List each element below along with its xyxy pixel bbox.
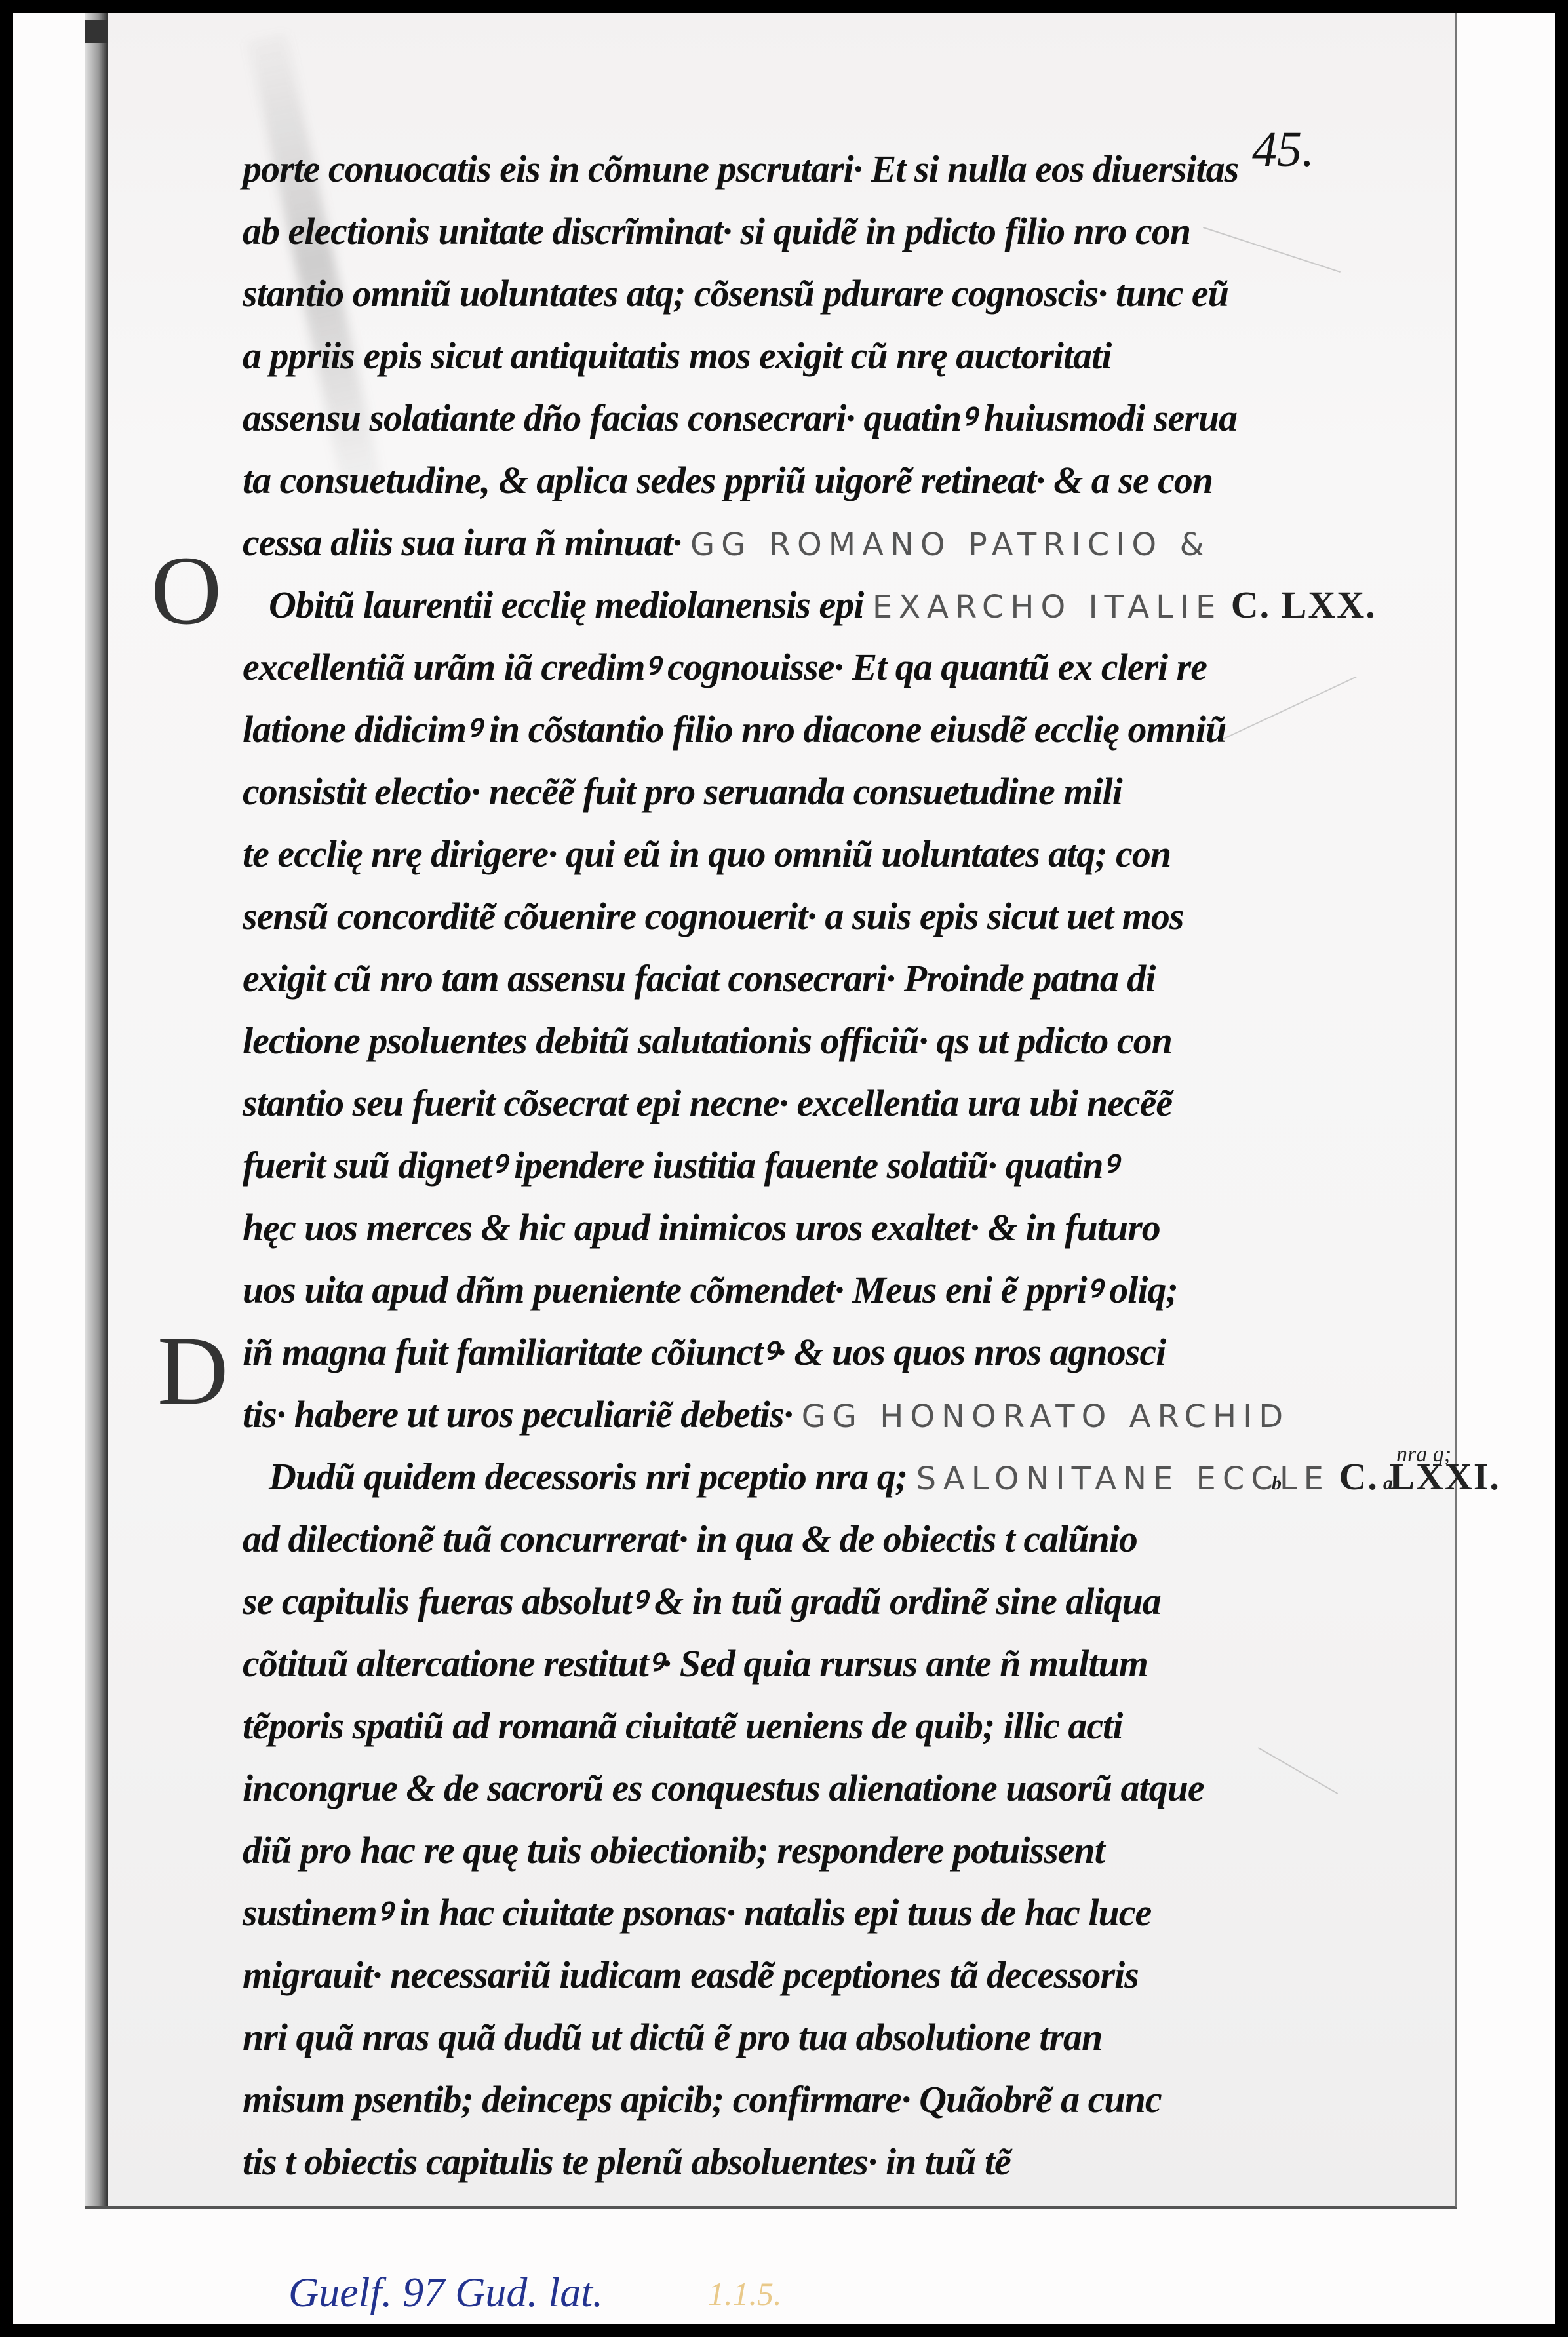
text-line: excellentiã urãm iã credimꝰ cognouisse· … <box>243 636 1396 698</box>
text-block: porte conuocatis eis in cõmune pscrutari… <box>243 138 1396 2193</box>
photograph: 45. O D porte conuocatis eis in cõmune p… <box>13 13 1555 2324</box>
text-line: cõtituũ altercatione restitutꝰ· Sed quia… <box>243 1632 1396 1695</box>
text-line: latione didicimꝰ in cõstantio filio nro … <box>243 698 1396 760</box>
text-line: exigit cũ nro tam assensu faciat consecr… <box>243 947 1396 1010</box>
text-line-with-rubric: Obitũ laurentii ecclię mediolanensis epi… <box>243 574 1396 636</box>
text-line: incongrue & de sacrorũ es conquestus ali… <box>243 1757 1396 1819</box>
chapter-number: C. LXX. <box>1231 583 1377 626</box>
text-line: misum psentib; deinceps apicib; confirma… <box>243 2068 1396 2131</box>
faint-stamp: 1.1.5. <box>708 2275 782 2313</box>
line-text: Obitũ laurentii ecclię mediolanensis epi <box>269 583 863 626</box>
initial-o: O <box>151 534 222 647</box>
text-line-with-rubric: tis· habere ut uros peculiariẽ debetis· … <box>243 1383 1396 1445</box>
line-text: cessa aliis sua iura ñ minuat· <box>243 521 681 564</box>
text-line: a ppriis epis sicut antiquitatis mos exi… <box>243 324 1396 387</box>
text-line: stantio omniũ uoluntates atq; cõsensũ pd… <box>243 262 1396 324</box>
margin-gloss: nra q; <box>1396 1442 1451 1467</box>
text-line-with-rubric: cessa aliis sua iura ñ minuat· GG ROMANO… <box>243 511 1396 574</box>
text-line-with-rubric: Dudũ quidem decessoris nri pceptio nra q… <box>243 1445 1396 1508</box>
text-line: hęc uos merces & hic apud inimicos uros … <box>243 1196 1396 1259</box>
text-line: sustinemꝰ in hac ciuitate psonas· natali… <box>243 1881 1396 1944</box>
rubric-address: GG HONORATO ARCHID <box>802 1398 1290 1435</box>
library-shelfmark: Guelf. 97 Gud. lat. <box>288 2268 603 2317</box>
text-line: nri quã nras quã dudũ ut dictũ ẽ pro tua… <box>243 2006 1396 2068</box>
line-text: tis· habere ut uros peculiariẽ debetis· <box>243 1393 793 1436</box>
manuscript-leaf: 45. O D porte conuocatis eis in cõmune p… <box>85 13 1457 2209</box>
text-line: diũ pro hac re quę tuis obiectionib; res… <box>243 1819 1396 1881</box>
rubric-address: EXARCHO ITALIE <box>872 589 1222 625</box>
binding-edge <box>85 20 108 43</box>
interlinear-b: b <box>1272 1452 1281 1514</box>
text-line: stantio seu fuerit cõsecrat epi necne· e… <box>243 1072 1396 1134</box>
initial-d: D <box>157 1314 228 1427</box>
text-line: assensu solatiante dño facias consecrari… <box>243 387 1396 449</box>
text-line: ta consuetudine, & aplica sedes ppriũ ui… <box>243 449 1396 511</box>
text-line: lectione psoluentes debitũ salutationis … <box>243 1010 1396 1072</box>
text-line: uos uita apud dñm pueniente cõmendet· Me… <box>243 1259 1396 1321</box>
interlinear-a: a <box>1383 1452 1392 1514</box>
text-line: te ecclię nrę dirigere· qui eũ in quo om… <box>243 823 1396 885</box>
line-text: Dudũ quidem decessoris nri pceptio nra q… <box>269 1455 907 1498</box>
text-line: se capitulis fueras absolutꝰ & in tuũ gr… <box>243 1570 1396 1632</box>
text-line: porte conuocatis eis in cõmune pscrutari… <box>243 138 1396 200</box>
text-line: consistit electio· necẽẽ fuit pro seruan… <box>243 760 1396 823</box>
text-line: ad dilectionẽ tuã concurrerat· in qua & … <box>243 1508 1396 1570</box>
rubric-address: SALONITANE ECCLE <box>916 1461 1330 1497</box>
text-line: ab electionis unitate discrĩminat· si qu… <box>243 200 1396 262</box>
rubric-address: GG ROMANO PATRICIO & <box>690 526 1211 563</box>
text-line: tis t obiectis capitulis te plenũ absolu… <box>243 2131 1396 2193</box>
text-line: iñ magna fuit familiaritate cõiunctꝰ· & … <box>243 1321 1396 1383</box>
text-line: fuerit suũ dignetꝰ ipendere iustitia fau… <box>243 1134 1396 1196</box>
text-line: migrauit· necessariũ iudicam easdẽ pcept… <box>243 1944 1396 2006</box>
text-line: tẽporis spatiũ ad romanã ciuitatẽ uenien… <box>243 1695 1396 1757</box>
text-line: sensũ concorditẽ cõuenire cognouerit· a … <box>243 885 1396 947</box>
